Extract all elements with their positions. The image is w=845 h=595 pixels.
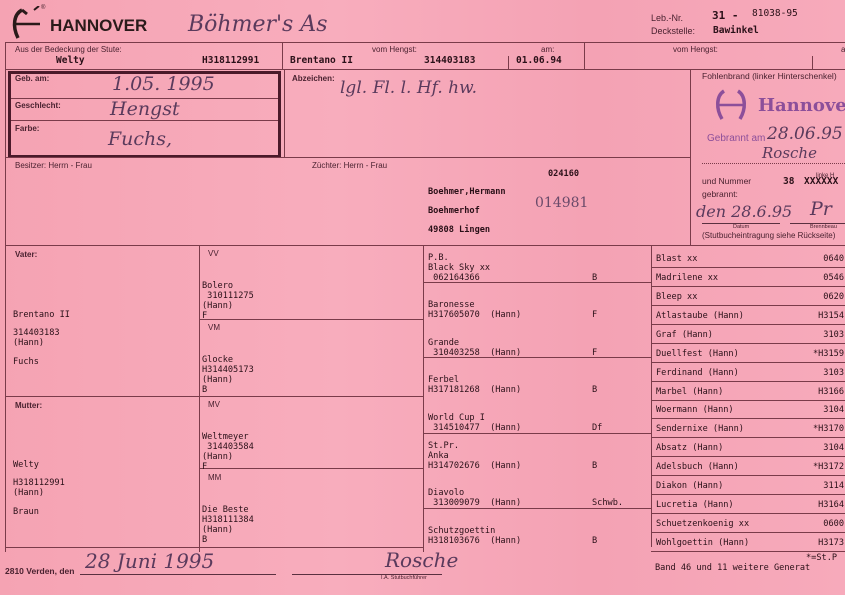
divider (508, 56, 509, 69)
mare-id: H318112991 (202, 56, 259, 66)
gen2-label-mm: MM (208, 473, 221, 482)
gen2-label-vv: VV (208, 249, 219, 258)
gen3-3: Grande 310403258 (Hann) (428, 338, 521, 358)
gen4-row: Sendernixe (Hann)*H3170 (651, 419, 845, 438)
foal-name-handwritten: Böhmer's As (188, 12, 328, 37)
mare-label: Aus der Bedeckung der Stute: (15, 45, 122, 54)
gen4-row: Wohlgoettin (Hann)H3173 (651, 533, 845, 552)
divider (5, 547, 424, 548)
gebrannt-date: den 28.6.95 (696, 202, 792, 221)
deckstelle-label: Deckstelle: (651, 26, 695, 36)
brand-signature: Rosche (762, 144, 817, 162)
gen3-8-color: B (592, 536, 597, 546)
sex-label: Geschlecht: (15, 101, 61, 110)
gen4-row: Bleep xx0620 (651, 287, 845, 306)
gen4-row: Adelsbuch (Hann)*H3172 (651, 457, 845, 476)
breeder-city: 49808 Lingen (428, 225, 490, 235)
breeder-name: Boehmer,Hermann (428, 187, 506, 197)
color-label: Farbe: (15, 124, 39, 133)
date-caption: Datum (733, 224, 749, 230)
gen3-7: Diavolo 313009079 (Hann) (428, 488, 521, 508)
place-label: 2810 Verden, den (5, 566, 74, 576)
stallion-label: vom Hengst: (372, 45, 417, 54)
issue-date: 28 Juni 1995 (85, 549, 214, 573)
gen3-2: Baronesse H317605070 (Hann) (428, 300, 521, 320)
divider (5, 69, 845, 70)
handwritten-number: 014981 (535, 195, 588, 211)
stallion2-date-label: am: (841, 45, 845, 54)
gen4-row: Madrilene xx0546 (651, 268, 845, 287)
gen3-5-color: Df (592, 423, 602, 433)
leb-nr-label: Leb.-Nr. (651, 13, 683, 23)
gen3-7-color: Schwb. (592, 498, 623, 508)
brand-name: HANNOVER (50, 16, 147, 36)
gen4-row: Absatz (Hann)3104 (651, 438, 845, 457)
divider (5, 157, 691, 158)
registrar-signature: Rosche (385, 548, 458, 572)
gen4-row: Ferdinand (Hann)3103 (651, 363, 845, 382)
gen2-vv: Bolero 310111275 (Hann) F (202, 281, 254, 321)
markings-value: lgl. Fl. l. Hf. hw. (340, 78, 477, 98)
divider (423, 245, 424, 552)
divider (584, 42, 585, 69)
number-value: 38 (783, 177, 794, 187)
deckstelle-value: Bawinkel (713, 26, 759, 36)
sire-name: Brentano II (13, 310, 70, 320)
markings-label: Abzeichen: (292, 74, 335, 83)
gen2-mm: Die Beste H318111384 (Hann) B (202, 505, 254, 545)
gen3-5: World Cup I 314510477 (Hann) (428, 413, 521, 433)
dam-studbook: (Hann) (13, 488, 44, 498)
gen4-row: Blast xx0640 (651, 249, 845, 268)
gen2-label-vm: VM (208, 323, 220, 332)
registered-mark: ® (41, 5, 45, 11)
color-value: Fuchs, (108, 128, 172, 150)
number-label: und Nummer (702, 176, 751, 186)
stallion-id: 314403183 (424, 56, 475, 66)
divider (5, 396, 424, 397)
mare-name: Welty (56, 56, 85, 66)
gen3-4-color: B (592, 385, 597, 395)
divider (5, 245, 845, 246)
owner-label: Besitzer: Herrn - Frau (15, 161, 92, 170)
gen2-vm: Glocke H314405173 (Hann) B (202, 355, 254, 395)
gen4-row: Duellfest (Hann)*H3159 (651, 344, 845, 363)
gen3-8: Schutzgoettin H318103676 (Hann) (428, 526, 521, 546)
divider (284, 69, 285, 157)
gen4-row: Atlastaube (Hann)H3154 (651, 306, 845, 325)
gen3-1-color: B (592, 273, 597, 283)
birth-label: Geb. am: (15, 74, 49, 83)
horse-certificate: ® HANNOVER Böhmer's As Leb.-Nr. 31 - 810… (0, 0, 845, 595)
divider (812, 56, 813, 69)
hannover-brand-stamp-icon (712, 87, 750, 123)
studbook-note: (Stutbucheintragung siehe Rückseite) (702, 231, 835, 240)
breeder-farm: Boehmerhof (428, 206, 480, 216)
gen4-row: Woermann (Hann)3104 (651, 400, 845, 419)
sire-label: Vater: (15, 250, 37, 259)
dam-label: Mutter: (15, 401, 42, 410)
branded-on-label: Gebrannt am (707, 133, 765, 144)
divider (423, 508, 652, 509)
dotted-divider (702, 163, 845, 164)
dam-id: H318112991 (13, 478, 65, 488)
leb-nr-value: 81038-95 (752, 9, 798, 19)
gen3-1: P.B. Black Sky xx 062164366 (428, 253, 490, 283)
gen3-4: Ferbel H317181268 (Hann) (428, 375, 521, 395)
dam-color: Braun (13, 507, 39, 517)
brenner-signature: Pr (810, 198, 832, 220)
covering-date: 01.06.94 (516, 56, 562, 66)
sire-id: 314403183 (13, 328, 60, 338)
sire-color: Fuchs (13, 357, 39, 367)
branded-on-value: 28.06.95 (767, 124, 843, 144)
brand-box-title: Fohlenbrand (linker Hinterschenkel) (702, 71, 837, 81)
divider (11, 120, 278, 121)
gen3-6: St.Pr. Anka H314702676 (Hann) (428, 441, 521, 471)
dam-name: Welty (13, 460, 39, 470)
gen4-row: Diakon (Hann)3114 (651, 476, 845, 495)
divider (5, 42, 845, 43)
number-side-label: linke H (816, 173, 834, 179)
brand-stamp-text: Hannover (758, 95, 845, 116)
gen3-2-color: F (592, 310, 597, 320)
divider (423, 433, 652, 434)
sire-studbook: (Hann) (13, 338, 44, 348)
gen3-6-color: B (592, 461, 597, 471)
gen2-mv: Weltmeyer 314403584 (Hann) F (202, 432, 254, 472)
divider (5, 42, 6, 552)
registrar-caption: I.A. Stutbuchführer (381, 575, 427, 581)
gen4-row: Lucretia (Hann)H3164 (651, 495, 845, 514)
stallion2-label: vom Hengst: (673, 45, 718, 54)
divider (199, 245, 200, 552)
hannover-logo-icon (8, 6, 48, 42)
date-line (80, 574, 276, 575)
stallion-name: Brentano II (290, 56, 353, 66)
divider (282, 42, 283, 69)
gen4-row: Schuetzenkoenig xx0600 (651, 514, 845, 533)
sex-value: Hengst (110, 98, 180, 120)
gen2-label-mv: MV (208, 400, 220, 409)
gen3-3-color: F (592, 348, 597, 358)
leb-nr-prefix: 31 - (712, 11, 739, 21)
breeder-label: Züchter: Herrn - Frau (312, 161, 387, 170)
gen4-row: Graf (Hann)3103 (651, 325, 845, 344)
covering-date-label: am: (541, 45, 554, 54)
gen4-row: Marbel (Hann)H3166 (651, 382, 845, 401)
footnote-band: Band 46 und 11 weitere Generat (655, 563, 810, 573)
birth-value: 1.05. 1995 (112, 73, 215, 95)
brenner-caption: Brennbeau (810, 224, 837, 230)
footnote-star: *=St.P (806, 553, 837, 563)
breeder-number: 024160 (548, 169, 579, 179)
gebrannt-label: gebrannt: (702, 189, 738, 199)
